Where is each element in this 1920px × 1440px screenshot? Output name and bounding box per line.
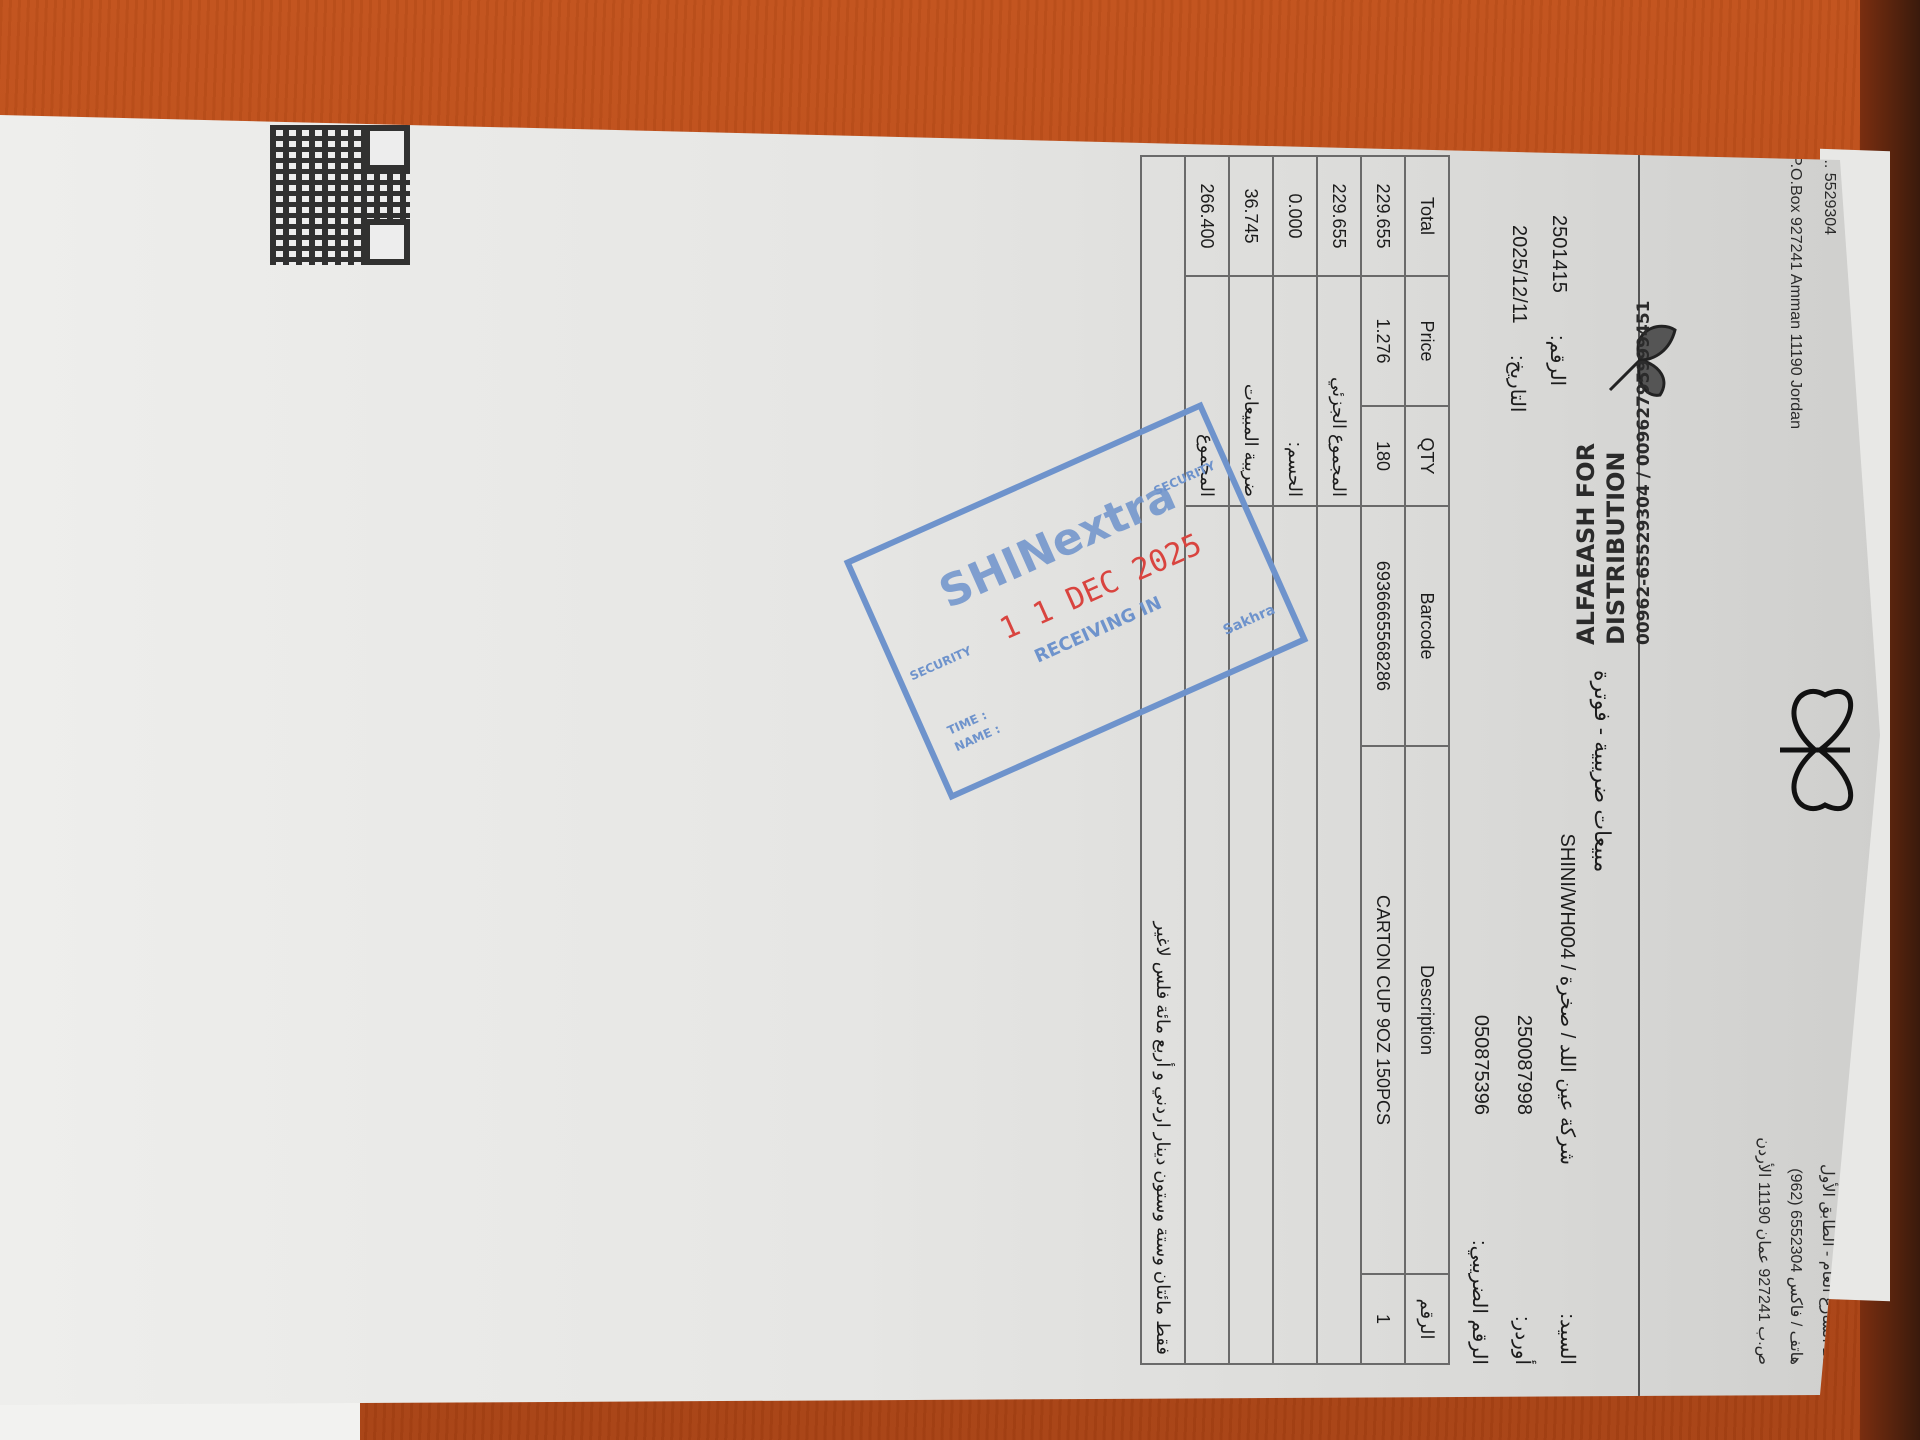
col-price: Price: [1405, 276, 1449, 406]
customer-name: شركة عين اللد / صخرة / SHINI/WH004: [1555, 834, 1580, 1165]
invoice-title: مبيعات ضريبية - فوترة: [1589, 670, 1615, 872]
table-header-row: Total Price QTY Barcode Description الرق…: [1405, 156, 1449, 1364]
tax-number-label: الرقم الضريبي:: [1467, 1240, 1492, 1365]
stamp-branch: Sakhra: [1221, 602, 1278, 639]
brand-line-2: DISTRIBUTION: [1602, 452, 1630, 646]
qr-code: [270, 125, 410, 265]
invoice-number: 2501415: [1547, 215, 1570, 293]
items-table: Total Price QTY Barcode Description الرق…: [1140, 155, 1450, 1365]
col-no: الرقم: [1405, 1274, 1449, 1364]
col-description: Description: [1405, 746, 1449, 1274]
stamp-security-left: SECURITY: [908, 644, 974, 684]
address-ar-line-3: هاتف / فاكس 6552304 (962): [1786, 1168, 1806, 1365]
col-qty: QTY: [1405, 406, 1449, 506]
brand-phones: 00962-65529304 / 00962795999451: [1634, 301, 1654, 645]
table-row: 229.655 1.276 180 6936665568286 CARTON C…: [1361, 156, 1405, 1364]
summary-label: ضريبة المبيعات: [1229, 276, 1273, 506]
row-barcode: 6936665568286: [1361, 506, 1405, 746]
customer-label: السيد:: [1555, 1313, 1580, 1365]
summary-value: 266.400: [1185, 156, 1229, 276]
address-en-line-2: ... 5529304: [1820, 155, 1838, 235]
summary-label: المجموع الجزئي: [1317, 276, 1361, 506]
distributor-brand: ALFAEASH FOR DISTRIBUTION 00962-65529304…: [1560, 320, 1690, 650]
date-label: التاريخ:: [1505, 355, 1530, 412]
address-en-line-3: P.O.Box 927241 Amman 11190 Jordan: [1786, 155, 1804, 429]
summary-row: 229.655 المجموع الجزئي: [1317, 156, 1361, 1364]
tax-number: 050875396: [1469, 1015, 1492, 1115]
summary-value: 36.745: [1229, 156, 1273, 276]
summary-value: 229.655: [1317, 156, 1361, 276]
amount-in-words: فقط مائتان وستة وستون دينار اردني و أربع…: [1141, 156, 1185, 1364]
brand-line-1: ALFAEASH FOR: [1572, 443, 1600, 645]
row-price: 1.276: [1361, 276, 1405, 406]
invoice-date: 2025/12/11: [1507, 225, 1530, 324]
col-barcode: Barcode: [1405, 506, 1449, 746]
order-number: 250087998: [1512, 1015, 1535, 1115]
col-total: Total: [1405, 156, 1449, 276]
row-qty: 180: [1361, 406, 1405, 506]
summary-label: الحسم:: [1273, 276, 1317, 506]
summary-row: 266.400 المجموع: [1185, 156, 1229, 1364]
butterfly-logo-icon: [1770, 675, 1870, 825]
summary-value: 0.000: [1273, 156, 1317, 276]
row-description: CARTON CUP 9OZ 150PCS: [1361, 746, 1405, 1274]
order-label: أوردر:: [1510, 1316, 1535, 1365]
summary-row: 0.000 الحسم:: [1273, 156, 1317, 1364]
row-total: 229.655: [1361, 156, 1405, 276]
row-no: 1: [1361, 1274, 1405, 1364]
summary-row: 36.745 ضريبة المبيعات: [1229, 156, 1273, 1364]
amount-in-words-row: فقط مائتان وستة وستون دينار اردني و أربع…: [1141, 156, 1185, 1364]
address-ar-line-4: ص.ب 927241 عمان 11190 الأردن: [1754, 1137, 1774, 1365]
